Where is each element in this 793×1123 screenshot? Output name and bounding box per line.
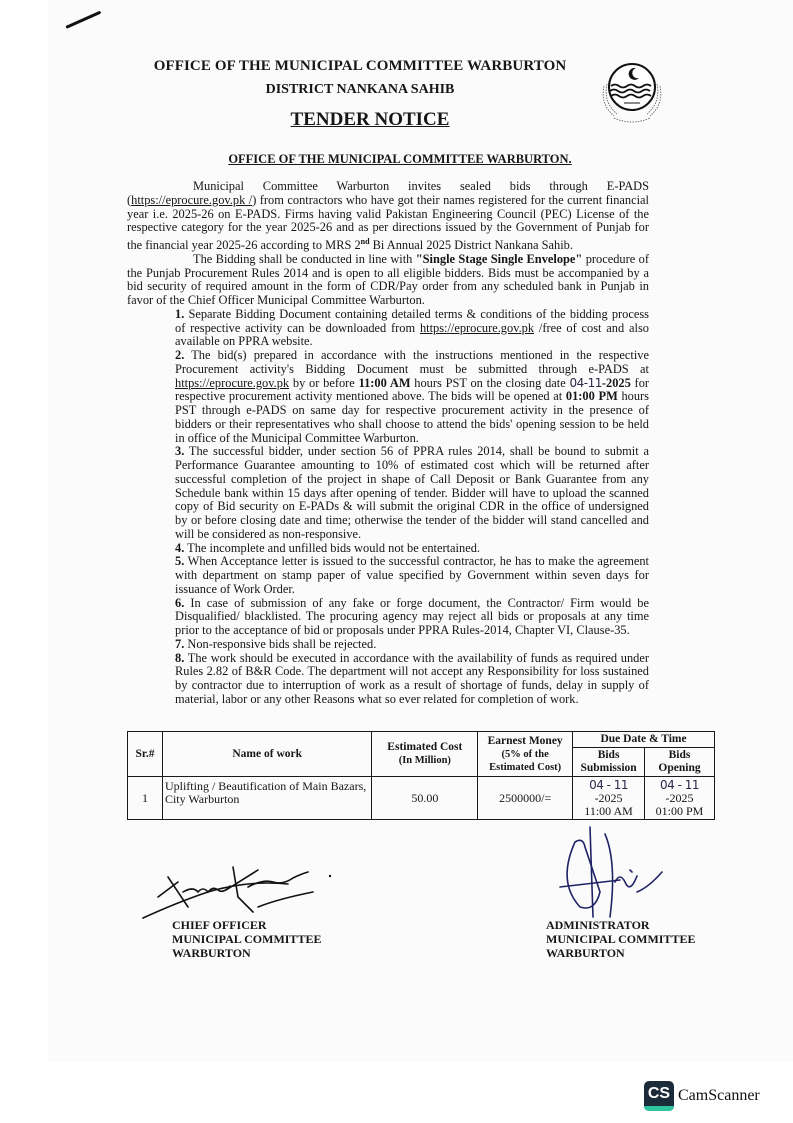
header-bids-submission: BidsSubmission	[573, 748, 645, 777]
notice-subtitle: OFFICE OF THE MUNICIPAL COMMITTEE WARBUR…	[140, 152, 660, 167]
tender-table: Sr.# Name of work Estimated Cost(In Mill…	[127, 731, 715, 820]
condition-item-3: 3. The successful bidder, under section …	[175, 445, 649, 541]
header-estimated-cost: Estimated Cost(In Million)	[372, 732, 478, 777]
cell-sr: 1	[128, 777, 163, 820]
notice-body: Municipal Committee Warburton invites se…	[127, 180, 649, 707]
cell-name-of-work: Uplifting / Beautification of Main Bazar…	[162, 777, 371, 820]
condition-item-4: 4. The incomplete and unfilled bids woul…	[175, 542, 649, 556]
intro-paragraph-1: Municipal Committee Warburton invites se…	[127, 180, 649, 253]
eprocure-link[interactable]: https://eprocure.gov.pk	[175, 376, 289, 390]
header-due-date: Due Date & Time	[573, 732, 715, 748]
condition-item-5: 5. When Acceptance letter is issued to t…	[175, 555, 649, 596]
header-sr: Sr.#	[128, 732, 163, 777]
cell-earnest-money: 2500000/=	[478, 777, 573, 820]
administrator-signature-block: ADMINISTRATOR MUNICIPAL COMMITTEE WARBUR…	[546, 918, 695, 960]
eprocure-link[interactable]: https://eprocure.gov.pk /	[131, 193, 252, 207]
cell-estimated-cost: 50.00	[372, 777, 478, 820]
condition-item-6: 6. In case of submission of any fake or …	[175, 597, 649, 638]
punjab-emblem-icon	[598, 56, 666, 124]
notice-title: TENDER NOTICE	[140, 109, 600, 131]
conditions-list: 1. Separate Bidding Document containing …	[175, 308, 649, 707]
eprocure-link[interactable]: https://eprocure.gov.pk	[420, 321, 534, 335]
condition-item-8: 8. The work should be executed in accord…	[175, 652, 649, 707]
cell-bids-submission: 04 - 11 -202511:00 AM	[573, 777, 645, 820]
district-title: DISTRICT NANKANA SAHIB	[140, 82, 580, 98]
handwritten-date: 04-11	[570, 376, 602, 390]
chief-officer-signature-block: CHIEF OFFICER MUNICIPAL COMMITTEE WARBUR…	[172, 918, 321, 960]
camscanner-logo-icon: CS	[644, 1081, 674, 1111]
condition-item-7: 7. Non-responsive bids shall be rejected…	[175, 638, 649, 652]
header-bids-opening: BidsOpening	[645, 748, 715, 777]
condition-item-2: 2. The bid(s) prepared in accordance wit…	[175, 349, 649, 445]
condition-item-1: 1. Separate Bidding Document containing …	[175, 308, 649, 349]
cell-bids-opening: 04 - 11 -202501:00 PM	[645, 777, 715, 820]
camscanner-watermark: CamScanner	[678, 1087, 760, 1105]
header-earnest-money: Earnest Money(5% of theEstimated Cost)	[478, 732, 573, 777]
chief-officer-signature-icon	[138, 862, 338, 922]
table-row: 1 Uplifting / Beautification of Main Baz…	[128, 777, 715, 820]
administrator-signature-icon	[555, 822, 665, 922]
header-name-of-work: Name of work	[162, 732, 371, 777]
intro-paragraph-2: The Bidding shall be conducted in line w…	[127, 253, 649, 308]
office-title: OFFICE OF THE MUNICIPAL COMMITTEE WARBUR…	[140, 58, 580, 75]
